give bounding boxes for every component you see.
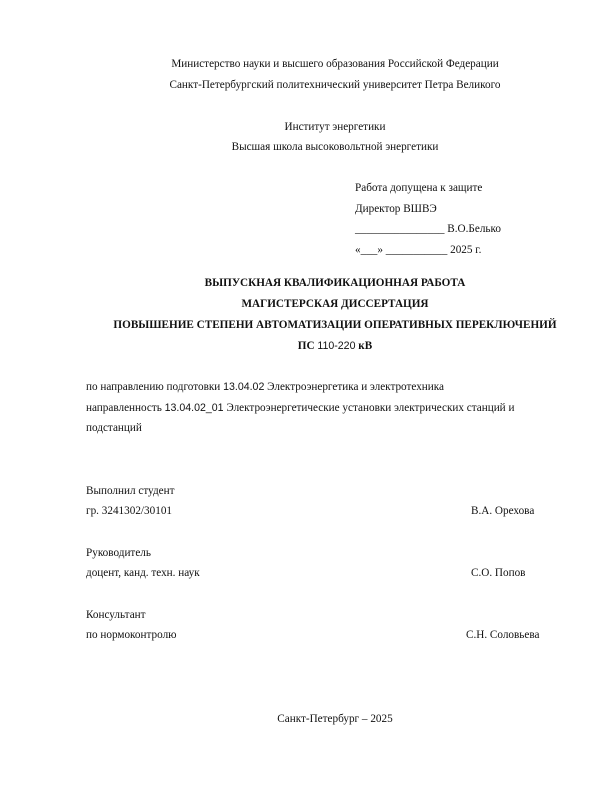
date-quote-close: »: [377, 244, 383, 256]
city-year: Санкт-Петербург – 2025: [85, 712, 585, 726]
approval-director-title: Директор ВШВЭ: [355, 202, 437, 216]
work-type: ВЫПУСКНАЯ КВАЛИФИКАЦИОННАЯ РАБОТА: [85, 276, 585, 290]
supervisor-name: С.О. Попов: [471, 566, 525, 580]
university-name: Санкт-Петербургский политехнический унив…: [85, 78, 585, 92]
thesis-title: ПОВЫШЕНИЕ СТЕПЕНИ АВТОМАТИЗАЦИИ ОПЕРАТИВ…: [85, 318, 585, 332]
school-name: Высшая школа высоковольтной энергетики: [85, 140, 585, 154]
student-role: Выполнил студент: [86, 484, 174, 498]
student-group: гр. 3241302/30101: [86, 504, 172, 518]
ministry-name: Министерство науки и высшего образования…: [85, 57, 585, 71]
voltage-unit: кВ: [355, 340, 372, 352]
supervisor-role: Руководитель: [86, 546, 151, 560]
consultant-area: по нормоконтролю: [86, 628, 177, 642]
voltage-range: 110-220: [317, 340, 355, 352]
direction-name: Электроэнергетика и электротехника: [264, 381, 444, 393]
approval-signature-line: ________________ В.О.Белько: [355, 222, 501, 236]
month-blank: ___________: [386, 244, 448, 256]
thesis-title-substation: ПС 110-220 кВ: [85, 339, 585, 353]
director-name: В.О.Белько: [447, 223, 501, 235]
day-blank: ___: [361, 244, 378, 256]
institute-name: Институт энергетики: [85, 120, 585, 134]
approval-year: 2025 г.: [450, 244, 481, 256]
profile-code: 13.04.02_01: [165, 402, 224, 414]
substation-prefix: ПС: [298, 340, 318, 352]
approval-date-line: «___» ___________ 2025 г.: [355, 243, 481, 257]
supervisor-degree: доцент, канд. техн. наук: [86, 566, 200, 580]
direction-label: по направлению подготовки: [86, 381, 223, 393]
profile-name: Электроэнергетические установки электрич…: [224, 402, 515, 414]
approval-admitted: Работа допущена к защите: [355, 181, 482, 195]
student-name: В.А. Орехова: [471, 504, 534, 518]
study-direction: по направлению подготовки 13.04.02 Элект…: [86, 380, 444, 394]
direction-code: 13.04.02: [223, 381, 264, 393]
study-profile-continued: подстанций: [86, 421, 142, 435]
signature-blank: ________________: [355, 223, 445, 235]
consultant-role: Консультант: [86, 608, 146, 622]
study-profile: направленность 13.04.02_01 Электроэнерге…: [86, 401, 514, 415]
degree-type: МАГИСТЕРСКАЯ ДИССЕРТАЦИЯ: [85, 297, 585, 311]
profile-label: направленность: [86, 402, 165, 414]
consultant-name: С.Н. Соловьева: [466, 628, 539, 642]
